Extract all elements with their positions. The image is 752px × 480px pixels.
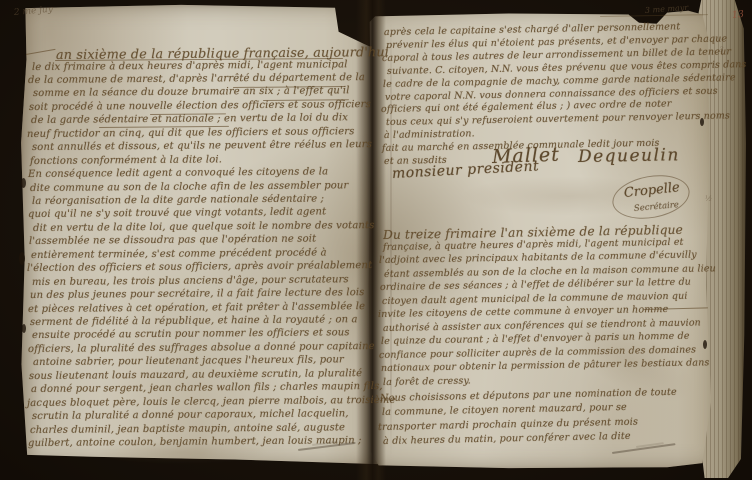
signature-dequeulin: Dequeulin <box>578 145 680 167</box>
fore-edge-mark-three: 3 <box>719 45 724 54</box>
manuscript-line: transporter mardi prochain quinze du pré… <box>378 416 638 432</box>
bleed-through-mark <box>90 440 270 464</box>
fore-edge-mark-half: ½ <box>705 194 712 203</box>
right-page-text-block3: Nous choisissons et députons par une nom… <box>0 0 752 480</box>
manuscript-line: la commune, le citoyen norent mauzard, p… <box>382 402 627 418</box>
bleed-through-mark <box>460 176 680 216</box>
manuscript-line: à dix heures du matin, pour conférer ave… <box>383 431 631 447</box>
folio-number: 13 <box>731 9 744 21</box>
